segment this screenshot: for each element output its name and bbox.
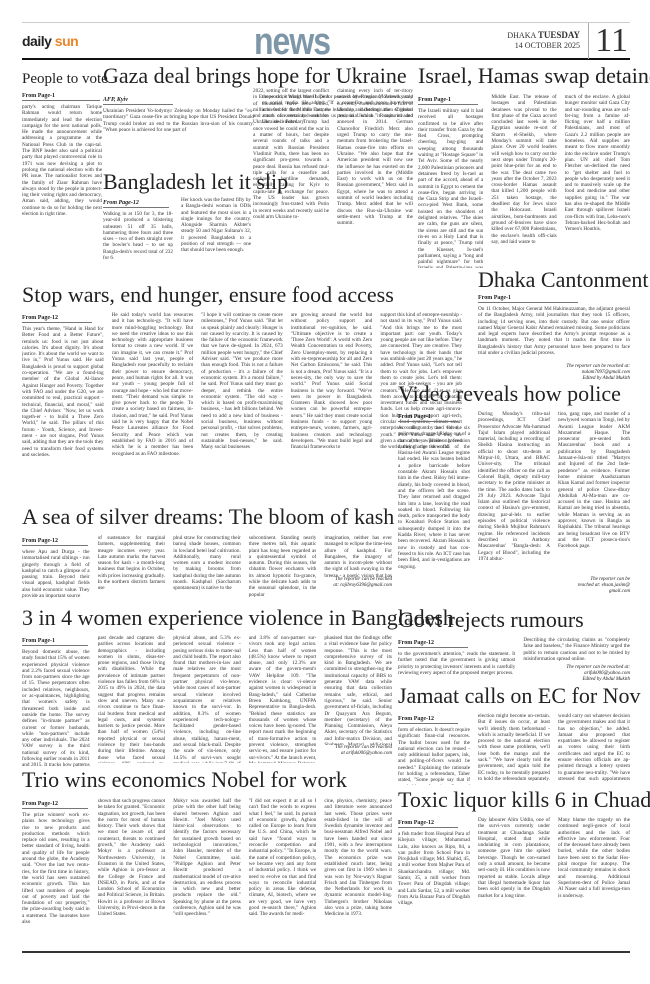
headline: Video reveals how police — [398, 382, 630, 406]
article-body: party's acting chairman Tarique Rahman w… — [22, 104, 102, 309]
article-body: phul straw for constructing their barouj… — [173, 535, 241, 597]
article-body: Her knock was the fastest fifty by a Ban… — [181, 197, 251, 259]
reporter-email[interactable]: at arifuk006@yahoo.com — [324, 751, 392, 757]
article-body: are growing around the world but without… — [291, 312, 373, 484]
article-body: tion, gang rape, and murder of a newlywe… — [558, 411, 630, 577]
headline: Israel, Hamas swap detainees — [418, 64, 630, 88]
article-jamaat: Jamaat calls on EC for Nov From Page-12 … — [398, 684, 630, 784]
article-body: where Apu and Durga - the immortalised r… — [22, 549, 90, 601]
headline: Toxic liquor kills 6 in Chuadanga — [398, 788, 630, 812]
article-body: Mokyr was awarded half the prize with th… — [173, 798, 241, 940]
article-body: According to the video, six policemen dr… — [398, 425, 470, 603]
from-page: From Page-12 — [22, 315, 92, 323]
headline: Trio wins economics Nobel for work — [22, 768, 392, 792]
article-body: imagination, neither has ever managed to… — [324, 535, 392, 577]
article-body: to the government's attention," reads th… — [398, 651, 515, 683]
article-body: subcontinent. Standing nearly three metr… — [249, 535, 317, 597]
from-page: From Page-12 — [22, 538, 88, 546]
article-body: claiming every inch of ter-ritory seized… — [337, 88, 413, 253]
article-body: Ukrainian President Vo-lodymyr Zelensky … — [103, 108, 254, 168]
from-page: From Page-1 — [418, 97, 478, 105]
article-body: Middle East. The release of hostages and… — [491, 94, 556, 259]
article-govt-rumours: Govt rejects rumours From Page-12 to the… — [398, 608, 630, 683]
article-women-violence: 3 in 4 women experience violence in Bang… — [22, 606, 392, 766]
article-kash: A sea of silver dreams: The bloom of kas… — [22, 505, 392, 600]
article-body: past decade and captures dis-parities ac… — [98, 635, 166, 763]
reporter-email[interactable]: at: rajibroy6396@gmail.com — [324, 583, 392, 589]
article-body: This year's theme, "Hand in Hand for Bet… — [22, 326, 104, 488]
article-video-police: Video reveals how police From Page-1 Acc… — [398, 382, 630, 602]
from-page: From Page-12 — [398, 716, 458, 724]
article-body: Walking in at 150 for 3, the 18-year-old… — [103, 211, 173, 263]
article-body: The Israeli military said it had receive… — [418, 108, 483, 268]
from-page: From Page-12 — [398, 640, 468, 648]
article-body: much of the enclave. A global hunger mon… — [565, 94, 630, 259]
article-body: The prize winners' work ex-plains how te… — [22, 812, 90, 944]
article-body: On 11 October, Major General Md Hakimuzz… — [478, 306, 630, 364]
article-body: He said today's world has resources and … — [112, 312, 194, 484]
article-nobel: Trio wins economics Nobel for work From … — [22, 768, 392, 948]
article-body: election might become un-certain. But if… — [478, 713, 550, 781]
from-page: From Page-12 — [103, 200, 169, 208]
article-body: Many blame the tragedy on the continued … — [558, 817, 630, 947]
byline: AFP, Kyiv — [103, 97, 173, 105]
article-israel-hamas: Israel, Hamas swap detainees From Page-1… — [418, 64, 630, 259]
from-page: From Page-1 — [478, 295, 578, 303]
masthead: daily sun news DHAKA TUESDAY 14 OCTOBER … — [22, 22, 630, 60]
article-body: of sustenance for marginal farmers, supp… — [98, 535, 166, 597]
article-body: Beyond domestic abuse, the study found t… — [22, 649, 90, 767]
article-body: cine, physics, chemistry, peace and lite… — [324, 798, 392, 940]
article-body: "I did not expect it at all so I can't f… — [249, 798, 317, 940]
headline: Gaza deal brings hope for Ukraine — [103, 64, 413, 88]
from-page: From Page-1 — [22, 638, 88, 646]
article-body: shown that such progress cannot be taken… — [98, 798, 166, 940]
article-body: would carry out whatever decision the go… — [558, 713, 630, 781]
headline: Govt rejects rumours — [398, 608, 630, 632]
headline: Dhaka Cantonment — [478, 268, 630, 292]
article-body: Day labourer Alim Uddin, one of the surv… — [478, 817, 550, 947]
article-toxic-liquor: Toxic liquor kills 6 in Chuadanga From P… — [398, 788, 630, 948]
headline: Bangladesh let it slip — [103, 170, 251, 194]
article-bangladesh-slip: Bangladesh let it slip From Page-12 Walk… — [103, 170, 251, 270]
article-body: a fish trader from Hospital Para of Khej… — [398, 831, 470, 951]
article-body: During Monday's tribu-nal proceedings, I… — [478, 411, 550, 599]
article-body: "I hope it will continue to create more … — [201, 312, 283, 484]
section-title: news — [254, 19, 330, 63]
headline: 3 in 4 women experience violence in Bang… — [22, 606, 392, 630]
article-people-to-vote: People to vote From Page-1 party's actin… — [22, 68, 102, 313]
headline: A sea of silver dreams: The bloom of kas… — [22, 505, 392, 529]
headline: Jamaat calls on EC for Nov — [398, 684, 630, 708]
article-body: form of election. It doesn't require sig… — [398, 727, 470, 785]
from-page: From Page-1 — [398, 414, 458, 422]
from-page: From Page-12 — [398, 820, 458, 828]
article-body: physical abuse, and 5.3% ex-perienced se… — [173, 635, 241, 763]
article-body: and 3.8% of non-partner sur-vivors took … — [249, 635, 317, 763]
dateline: DHAKA TUESDAY 14 OCTOBER 2025 — [507, 30, 580, 51]
reporter-email-domain: gmail.com — [558, 589, 630, 595]
article-body: phasised that the findings offer a vital… — [324, 635, 392, 745]
article-dhaka-cantonment: Dhaka Cantonment From Page-1 On 11 Octob… — [478, 268, 630, 378]
bottom-rule — [22, 951, 630, 953]
article-body: Describing the circulating claims as "co… — [523, 637, 630, 665]
article-stop-wars: Stop wars, end hunger, ensure food acces… — [22, 283, 462, 493]
page-number: 11 — [588, 23, 628, 59]
headline: People to vote — [22, 68, 102, 90]
headline: Stop wars, end hunger, ensure food acces… — [22, 283, 462, 307]
from-page: From Page-12 — [22, 801, 88, 809]
from-page: From Page-1 — [22, 93, 100, 101]
daily-sun-logo[interactable]: daily sun — [22, 33, 78, 49]
